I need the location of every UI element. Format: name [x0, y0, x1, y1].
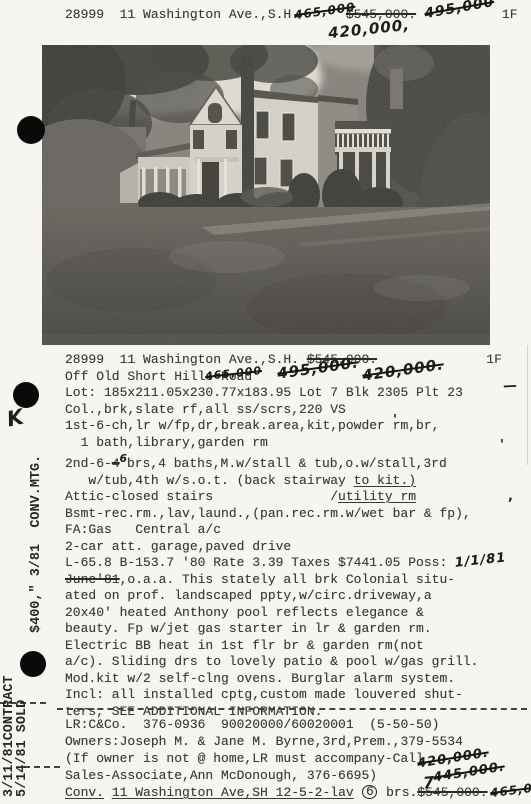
typed-text: June'81	[65, 572, 120, 587]
typed-text: a/c). Sliding drs to lovely patio & pool…	[65, 654, 478, 669]
typed-text: ,o.a.a. This stately all brk Colonial si…	[120, 572, 455, 587]
typed-text: 1F	[486, 352, 502, 367]
typed-text: to kit.)	[354, 473, 416, 488]
typed-text: 20x40' heated Anthony pool reflects eleg…	[65, 605, 424, 620]
typed-line: Owners:Joseph M. & Jane M. Byrne,3rd,Pre…	[65, 733, 488, 750]
typed-line: Mod.kit w/2 self-clng ovens. Burglar ala…	[65, 671, 507, 688]
typed-text: L-65.8 B-153.7 '80 Rate 3.39 Taxes $7441…	[65, 555, 455, 570]
typed-line: 2nd-6-46brs,4 baths,M.w/stall & tub,o.w/…	[65, 451, 507, 473]
typed-text: Lot: 185x211.05x230.77x183.95 Lot 7 Blk …	[65, 385, 463, 400]
typed-line: beauty. Fp w/jet gas starter in lr & gar…	[65, 621, 507, 638]
typed-line: w/tub,4th w/s.o.t. (back stairway to kit…	[65, 473, 507, 490]
typed-line: Lot: 185x211.05x230.77x183.95 Lot 7 Blk …	[65, 385, 507, 402]
typed-text	[354, 785, 362, 800]
typed-text: 2-car att. garage,paved drive	[65, 539, 291, 554]
hole-punch	[17, 116, 45, 144]
typed-text: brs.	[378, 785, 417, 800]
typed-text: 6	[120, 453, 127, 465]
typed-line: June'81,o.a.a. This stately all brk Colo…	[65, 572, 507, 589]
typed-text: 4	[112, 456, 120, 471]
typed-text: 2nd-6-	[65, 456, 112, 471]
listing-card: black-and-white halftone photo of a two-…	[0, 0, 531, 804]
typed-line: 1st-6-ch,lr w/fp,dr,break.area,kit,powde…	[65, 418, 507, 435]
hole-punch	[13, 382, 39, 408]
house-photo: black-and-white halftone photo of a two-…	[42, 45, 490, 345]
typed-text: Incl: all installed cptg,custom made lou…	[65, 687, 463, 702]
listing-body: 28999 11 Washington Ave.,S.H. $545,000. …	[65, 352, 507, 720]
typed-text: utility rm	[338, 489, 416, 504]
handwritten-note: 465,00	[489, 780, 531, 800]
typed-line: FA:Gas Central a/c	[65, 522, 507, 539]
typed-text: FA:Gas Central a/c	[65, 522, 221, 537]
typed-line: Electric BB heat in 1st flr br & garden …	[65, 638, 507, 655]
typed-text: Sales-Associate,Ann McDonough, 376-6695)	[65, 768, 377, 783]
typed-text: 6	[362, 785, 377, 799]
typed-text: 28999 11 Washington Ave.,S.H.	[65, 352, 307, 367]
typed-line: LR:C&Co. 376-0936 90020000/60020001 (5-5…	[65, 716, 488, 733]
typed-text: 1st-6-ch,lr w/fp,dr,break.area,kit,powde…	[65, 418, 439, 433]
margin-stamp: $400," 3/81 CONV.MTG.	[29, 455, 44, 633]
handwritten-note: '	[500, 438, 504, 453]
typed-line: Attic-closed stairs /utility rm	[65, 489, 507, 506]
handwritten-note: K	[5, 404, 27, 431]
typed-text: 1 bath,library,garden rm	[65, 435, 268, 450]
margin-stamp: 5/14/81 SOLD	[15, 700, 30, 797]
typed-text: Conv.	[65, 785, 104, 800]
typed-text: Col.,brk,slate rf,all ss/scrs,220 VS	[65, 402, 346, 417]
typed-text: ated on prof. landscaped ppty,w/circ.dri…	[65, 588, 432, 603]
typed-text: (If owner is not @ home,LR must accompan…	[65, 751, 424, 766]
typed-line: Col.,brk,slate rf,all ss/scrs,220 VS	[65, 402, 507, 419]
typed-line: 1 bath,library,garden rm	[65, 435, 507, 452]
typed-text: LR:C&Co. 376-0936 90020000/60020001 (5-5…	[65, 717, 439, 732]
typed-text: Bsmt-rec.rm.,lav,laund.,(pan.rec.rm.w/we…	[65, 506, 471, 521]
typed-text: w/tub,4th w/s.o.t. (back stairway	[65, 473, 354, 488]
typed-line: Bsmt-rec.rm.,lav,laund.,(pan.rec.rm.w/we…	[65, 506, 507, 523]
dashed-separator	[57, 708, 527, 710]
typed-text: Electric BB heat in 1st flr br & garden …	[65, 638, 424, 653]
typed-line: 20x40' heated Anthony pool reflects eleg…	[65, 605, 507, 622]
scan-edge-mark	[527, 345, 528, 465]
typed-text	[104, 785, 112, 800]
hole-punch	[20, 651, 46, 677]
handwritten-note: 7	[422, 773, 436, 793]
typed-line: L-65.8 B-153.7 '80 Rate 3.39 Taxes $7441…	[65, 555, 507, 572]
typed-text: beauty. Fp w/jet gas starter in lr & gar…	[65, 621, 432, 636]
typed-line: Incl: all installed cptg,custom made lou…	[65, 687, 507, 704]
typed-text: Mod.kit w/2 self-clng ovens. Burglar ala…	[65, 671, 455, 686]
typed-text: 11 Washington Ave,SH 12-5-2-lav	[112, 785, 354, 800]
typed-line: a/c). Sliding drs to lovely patio & pool…	[65, 654, 507, 671]
typed-line: ated on prof. landscaped ppty,w/circ.dri…	[65, 588, 507, 605]
handwritten-note: '	[393, 413, 397, 428]
handwritten-note: ,	[508, 489, 513, 504]
typed-text: Owners:Joseph M. & Jane M. Byrne,3rd,Pre…	[65, 734, 463, 749]
typed-line: 2-car att. garage,paved drive	[65, 539, 507, 556]
typed-text: 1F	[502, 7, 518, 22]
handwritten-note: —	[503, 378, 518, 395]
typed-text: brs,4 baths,M.w/stall & tub,o.w/stall,3r…	[127, 456, 447, 471]
typed-text: Attic-closed stairs /	[65, 489, 338, 504]
